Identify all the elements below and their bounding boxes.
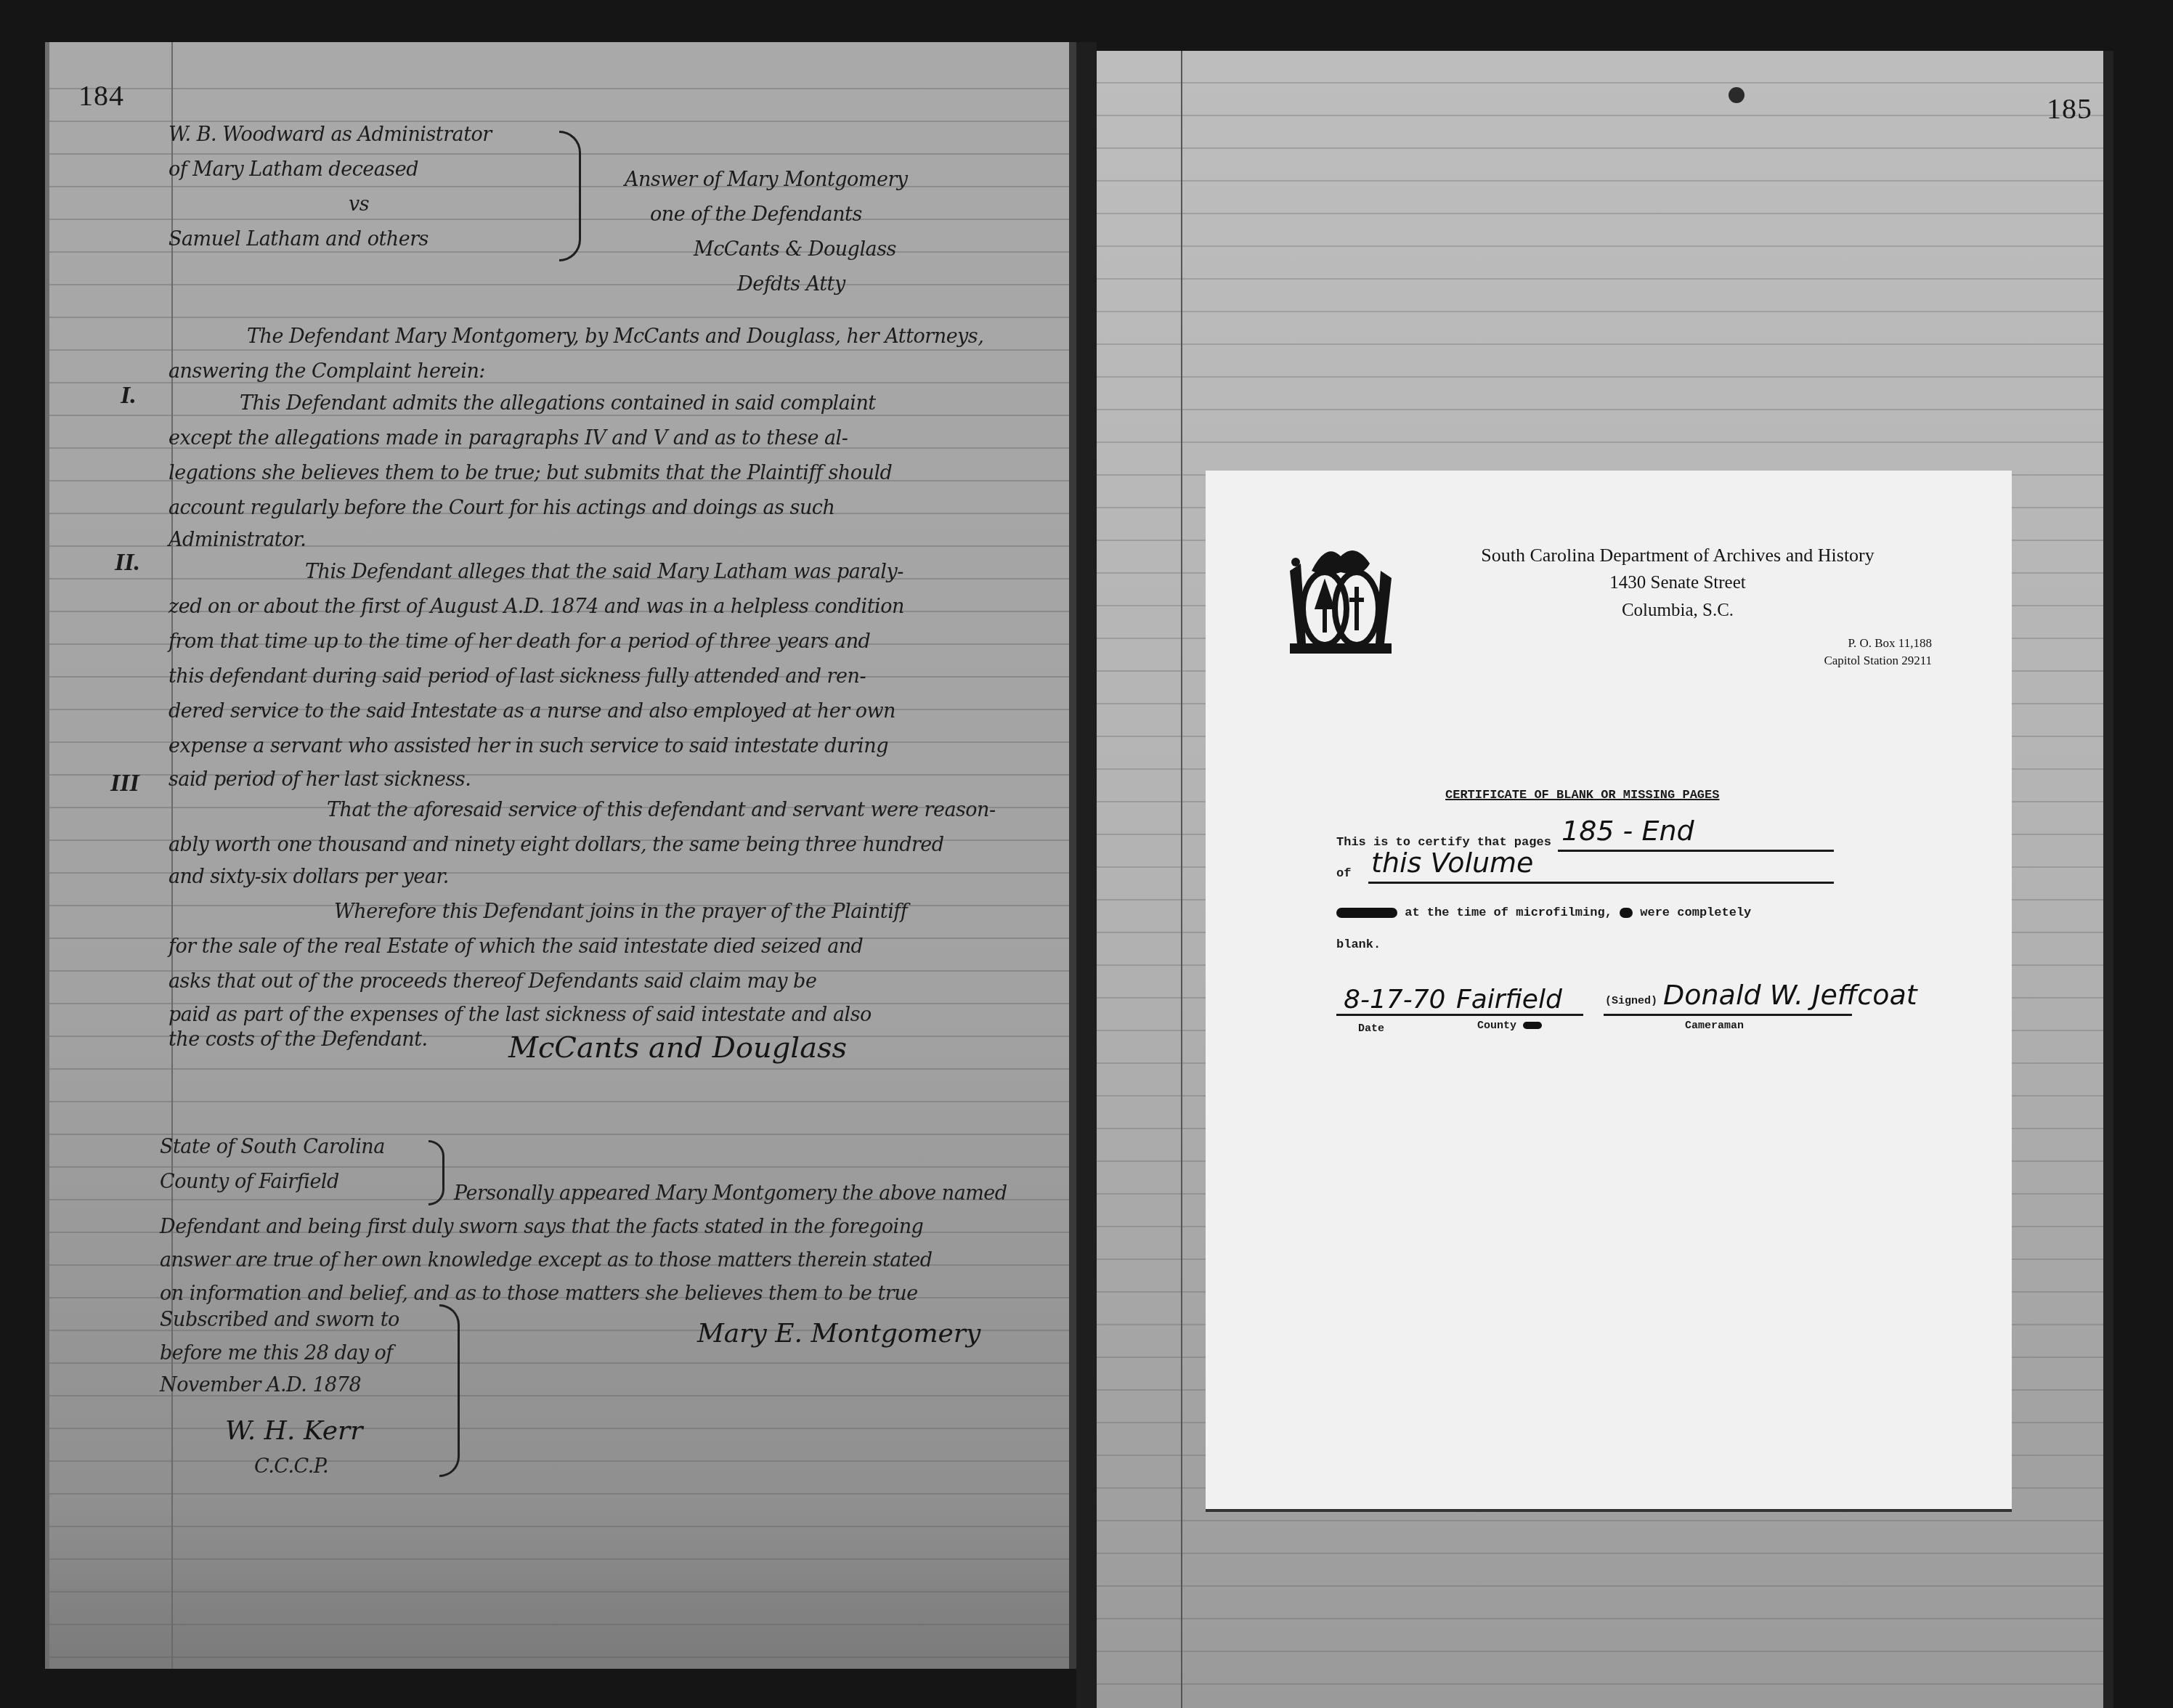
cameraman-signature: Donald W. Jeffcoat [1663, 979, 1917, 1011]
caption-brace [559, 131, 581, 261]
page-edge [2103, 51, 2113, 1708]
county-label: County [1477, 1020, 1542, 1032]
date-county-fill-line [1336, 1014, 1583, 1016]
margin-line [1181, 51, 1182, 1708]
signature-fill-line [1604, 1014, 1852, 1016]
section-numeral-ii: II. [115, 549, 140, 577]
venue-brace [428, 1140, 444, 1205]
body-line: Administrator. [168, 520, 306, 561]
section-numeral-iii: III [110, 770, 139, 797]
officer-signature: W. H. Kerr [225, 1416, 363, 1446]
volume-fill-line [1368, 882, 1834, 884]
po-box-block: P. O. Box 11,188 Capitol Station 29211 [1824, 635, 1932, 670]
date-value: 8-17-70 [1344, 985, 1446, 1014]
redaction-mark [1523, 1022, 1542, 1029]
county-value: Fairfield [1456, 985, 1562, 1014]
pages-value: 185 - End [1561, 815, 1694, 847]
po-box: P. O. Box 11,188 [1824, 635, 1932, 652]
officer-title: C.C.C.P. [254, 1447, 328, 1487]
street-address: 1430 Senate Street [1423, 569, 1932, 597]
completely-text: were completely [1640, 906, 1751, 920]
redaction-mark [1336, 908, 1397, 918]
microfilming-text: at the time of microfilming, [1405, 906, 1612, 920]
prayer-line: the costs of the Defendant. [168, 1020, 428, 1060]
jurat-line: November A.D. 1878 [160, 1365, 361, 1406]
attorney-signature: McCants and Douglass [508, 1031, 847, 1065]
microfilming-line: at the time of microfilming, were comple… [1336, 906, 1751, 920]
caption-line: Samuel Latham and others [168, 219, 428, 260]
of-label: of [1336, 867, 1351, 881]
section-numeral-i: I. [121, 382, 137, 410]
venue-county: County of Fairfield [160, 1162, 339, 1203]
signed-label: (Signed) [1605, 995, 1657, 1007]
state-seal-icon [1283, 542, 1399, 658]
caption-title-line: Defdts Atty [737, 264, 845, 305]
volume-value: this Volume [1371, 847, 1533, 879]
jurat-brace [439, 1304, 460, 1477]
city-address: Columbia, S.C. [1423, 597, 1932, 625]
blank-text: blank. [1336, 938, 1381, 952]
date-label: Date [1358, 1022, 1384, 1035]
capitol-station: Capitol Station 29211 [1824, 652, 1932, 670]
page-number-left: 184 [78, 78, 124, 113]
organization-name: South Carolina Department of Archives an… [1423, 542, 1932, 569]
microfilm-scan: 184 W. B. Woodward as Administrator of M… [0, 0, 2173, 1708]
affiant-signature: Mary E. Montgomery [697, 1319, 980, 1349]
certificate-title: CERTIFICATE OF BLANK OR MISSING PAGES [1445, 789, 1719, 802]
cameraman-label: Cameraman [1685, 1020, 1744, 1032]
punch-hole [1729, 87, 1745, 103]
pages-fill-line [1558, 850, 1834, 852]
page-edge [1069, 42, 1076, 1669]
certificate-card: South Carolina Department of Archives an… [1206, 471, 2012, 1509]
redaction-mark [1620, 908, 1633, 918]
caption-line: of Mary Latham deceased [168, 150, 418, 190]
book-gutter [1076, 42, 1097, 1708]
letterhead: South Carolina Department of Archives an… [1423, 542, 1932, 625]
county-label-text: County [1477, 1020, 1516, 1032]
page-number-right: 185 [2047, 91, 2092, 126]
